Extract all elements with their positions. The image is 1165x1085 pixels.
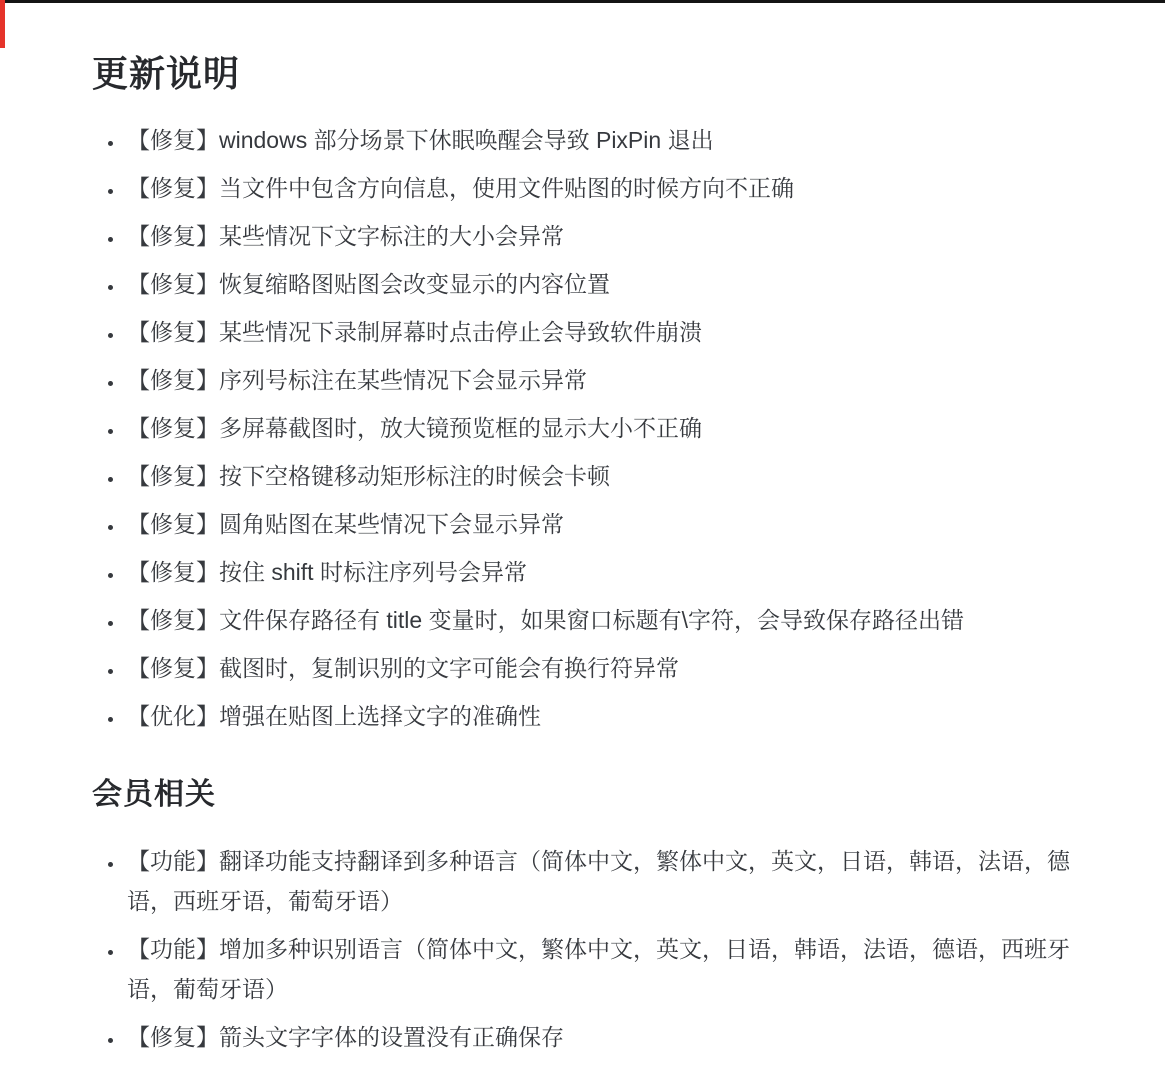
top-border-line [0, 0, 1165, 3]
list-item: 【修复】恢复缩略图贴图会改变显示的内容位置 [125, 264, 1115, 304]
section-title-update-notes: 更新说明 [92, 52, 1115, 95]
member-related-list: 【功能】翻译功能支持翻译到多种语言（简体中文，繁体中文，英文，日语，韩语，法语，… [92, 841, 1115, 1057]
list-item: 【修复】圆角贴图在某些情况下会显示异常 [125, 504, 1115, 544]
list-item: 【修复】某些情况下录制屏幕时点击停止会导致软件崩溃 [125, 312, 1115, 352]
list-item: 【修复】按下空格键移动矩形标注的时候会卡顿 [125, 456, 1115, 496]
list-item: 【修复】当文件中包含方向信息，使用文件贴图的时候方向不正确 [125, 168, 1115, 208]
list-item: 【修复】文件保存路径有 title 变量时，如果窗口标题有\字符，会导致保存路径… [125, 600, 1115, 640]
update-notes-list: 【修复】windows 部分场景下休眠唤醒会导致 PixPin 退出 【修复】当… [92, 120, 1115, 736]
list-item: 【优化】增强在贴图上选择文字的准确性 [125, 696, 1115, 736]
list-item: 【功能】增加多种识别语言（简体中文，繁体中文，英文，日语，韩语，法语，德语，西班… [125, 929, 1115, 1009]
list-item: 【功能】翻译功能支持翻译到多种语言（简体中文，繁体中文，英文，日语，韩语，法语，… [125, 841, 1115, 921]
list-item: 【修复】多屏幕截图时，放大镜预览框的显示大小不正确 [125, 408, 1115, 448]
list-item: 【修复】截图时，复制识别的文字可能会有换行符异常 [125, 648, 1115, 688]
list-item: 【修复】按住 shift 时标注序列号会异常 [125, 552, 1115, 592]
list-item: 【修复】序列号标注在某些情况下会显示异常 [125, 360, 1115, 400]
section-title-member-related: 会员相关 [92, 777, 1115, 813]
changelog-page: 更新说明 【修复】windows 部分场景下休眠唤醒会导致 PixPin 退出 … [0, 0, 1165, 1085]
list-item: 【修复】箭头文字字体的设置没有正确保存 [125, 1017, 1115, 1057]
document-content: 更新说明 【修复】windows 部分场景下休眠唤醒会导致 PixPin 退出 … [0, 0, 1165, 1057]
list-item: 【修复】某些情况下文字标注的大小会异常 [125, 216, 1115, 256]
left-accent-bar [0, 0, 5, 48]
list-item: 【修复】windows 部分场景下休眠唤醒会导致 PixPin 退出 [125, 120, 1115, 160]
